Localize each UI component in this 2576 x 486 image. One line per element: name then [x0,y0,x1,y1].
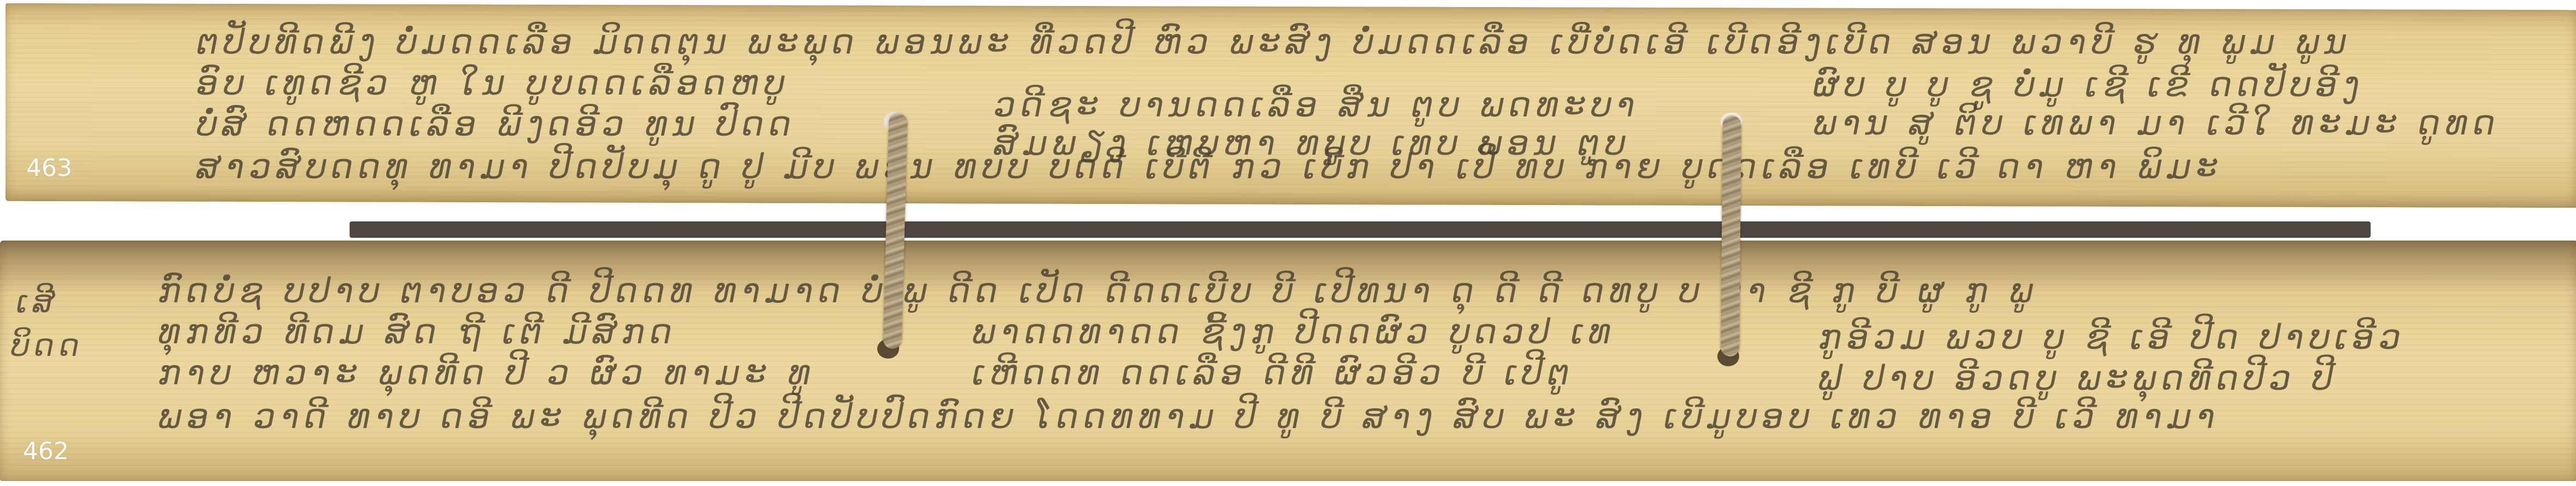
leaf-462-line-2b: ພາດດທາດດ ຊີ້ງກູ ປີດດຜົວ ບູດວປ ເທ [972,312,1616,352]
leaf-462-line-1: ກົດບໍ່ຊ ບປາບ ຕາບອວ ດີ ປີດດທ ທາມາດ ບໍ່ ພູ… [158,271,2039,311]
leaf-463-line-1: ຕປັບທີດພີງ ບໍ່ມດດເລືອ ມິດດຕຸນ ພະພຸດ ພອນພ… [197,22,2352,62]
leaf-462-line-2c: ກູອີວມ ພວບ ບູ ຊີ ເອີ ປີດ ປາບເອີວ [1819,317,2406,357]
leaf-463-line-2b: ວດີຊະ ບານດດເລືອ ສືນ ຕູບ ພດທະບາ [994,85,1640,125]
leaf-462-line-2a: ທຸກທີວ ທີດມ ສົດ ຖີ ເຕີ ມີສົກດ [158,312,677,352]
leaf-463-line-3c: ພານ ສູ ຕິບ ເທພາ ມາ ເວີໃ ທະມະ ດູທດ [1813,103,2501,143]
leaf-463-line-2c: ຜົບ ບູ ບູ ຊູ ບໍ່ມູ ເຊີ ເຂີ ດດປັບອີງ [1813,65,2365,104]
leaf-463-line-3a: ບໍ່ສົ ດດຫດດເລືອ ພີງດອີວ ທູນ ປົດດ [197,104,796,144]
page-number-label: 462 [23,437,69,465]
binding-cord-right [1721,116,1741,356]
leaf-462-line-3b: ເຫີດດທ ດດເລືອ ດີທີ ຜົວອີວ ບີ ເປີຕູ [972,353,1575,393]
leaf-462-margin-2: ບິດດ [11,328,85,364]
leaf-463-line-4: ສາວສົບດດທຸ ທາມາ ປີດປັບມຸ ດູ ປູ ມີບ ພອນ ທ… [197,147,2223,186]
leaf-462-line-3c: ຟູ ປາບ ອີວດບູ ພະພຸດທີດປີວ ປີ [1819,358,2338,398]
leaf-462-line-4: ພອາ ວາດີ ທາບ ດອີ ພະ ພຸດທີດ ປີວ ປີດປັບປົດ… [158,396,2220,436]
leaf-462-line-3a: ກາບ ຫວາະ ພຸດທີດ ປີ ວ ຜົວ ທາມະ ທູ [158,353,816,393]
leaf-462-margin-1: ເສີ [16,284,60,320]
page-number-label: 463 [26,154,72,182]
leaf-gap-shadow [350,221,2371,238]
leaf-463-line-2a: ອົບ ເທູດຊີວ ຫູ ໃນ ບູບດດເລືອດຫບູ [197,63,790,103]
